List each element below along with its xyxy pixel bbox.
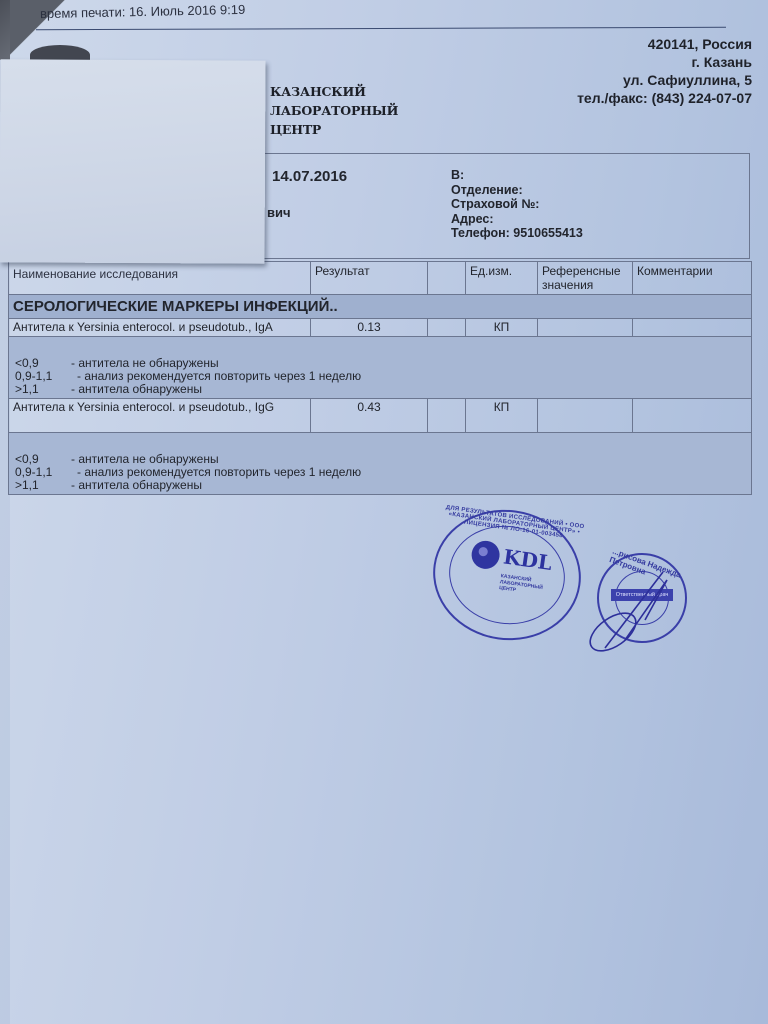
test-name: Антитела к Yersinia enterocol. и pseudot…	[9, 319, 311, 337]
test-comment	[633, 399, 752, 433]
test-flag	[428, 399, 466, 433]
reference-notes-row: <0,9- антитела не обнаружены 0,9-1,1- ан…	[9, 337, 752, 399]
section-title: СЕРОЛОГИЧЕСКИЕ МАРКЕРЫ ИНФЕКЦИЙ..	[9, 295, 752, 319]
reference-line: >1,1- антитела обнаружены	[15, 479, 745, 492]
signature-icon	[585, 560, 685, 655]
results-table: Наименование исследования Результат Ед.и…	[8, 261, 752, 495]
field-v: В:	[451, 168, 583, 183]
field-insurance: Страховой №:	[451, 197, 583, 212]
organization-name: КАЗАНСКИЙ ЛАБОРАТОРНЫЙ ЦЕНТР	[270, 82, 398, 139]
table-row: Антитела к Yersinia enterocol. и pseudot…	[9, 319, 752, 337]
test-reference	[538, 319, 633, 337]
test-unit: КП	[466, 319, 538, 337]
lab-address: 420141, Россия г. Казань ул. Сафиуллина,…	[577, 35, 752, 107]
col-header-reference: Референсные значения	[538, 262, 633, 295]
reference-notes-row: <0,9- антитела не обнаружены 0,9-1,1- ан…	[9, 433, 752, 495]
col-header-result: Результат	[311, 262, 428, 295]
patient-name-fragment: вич	[267, 205, 291, 220]
col-header-unit: Ед.изм.	[466, 262, 538, 295]
col-header-flag	[428, 262, 466, 295]
section-row: СЕРОЛОГИЧЕСКИЕ МАРКЕРЫ ИНФЕКЦИЙ..	[9, 295, 752, 319]
sample-date: 14.07.2016	[272, 168, 347, 185]
test-flag	[428, 319, 466, 337]
field-phone: Телефон: 9510655413	[451, 226, 583, 241]
test-comment	[633, 319, 752, 337]
reference-line: >1,1- антитела обнаружены	[15, 383, 745, 396]
field-address: Адрес:	[451, 212, 583, 227]
test-name: Антитела к Yersinia enterocol. и pseudot…	[9, 399, 311, 433]
reference-notes: <0,9- антитела не обнаружены 0,9-1,1- ан…	[9, 433, 752, 495]
table-row: Антитела к Yersinia enterocol. и pseudot…	[9, 399, 752, 433]
col-header-comment: Комментарии	[633, 262, 752, 295]
patient-fields: В: Отделение: Страховой №: Адрес: Телефо…	[451, 168, 583, 241]
test-reference	[538, 399, 633, 433]
test-unit: КП	[466, 399, 538, 433]
test-result: 0.43	[311, 399, 428, 433]
covering-paper	[0, 59, 266, 263]
field-department: Отделение:	[451, 183, 583, 198]
table-header: Наименование исследования Результат Ед.и…	[9, 262, 752, 295]
reference-notes: <0,9- антитела не обнаружены 0,9-1,1- ан…	[9, 337, 752, 399]
test-result: 0.13	[311, 319, 428, 337]
col-header-name: Наименование исследования	[9, 262, 311, 295]
